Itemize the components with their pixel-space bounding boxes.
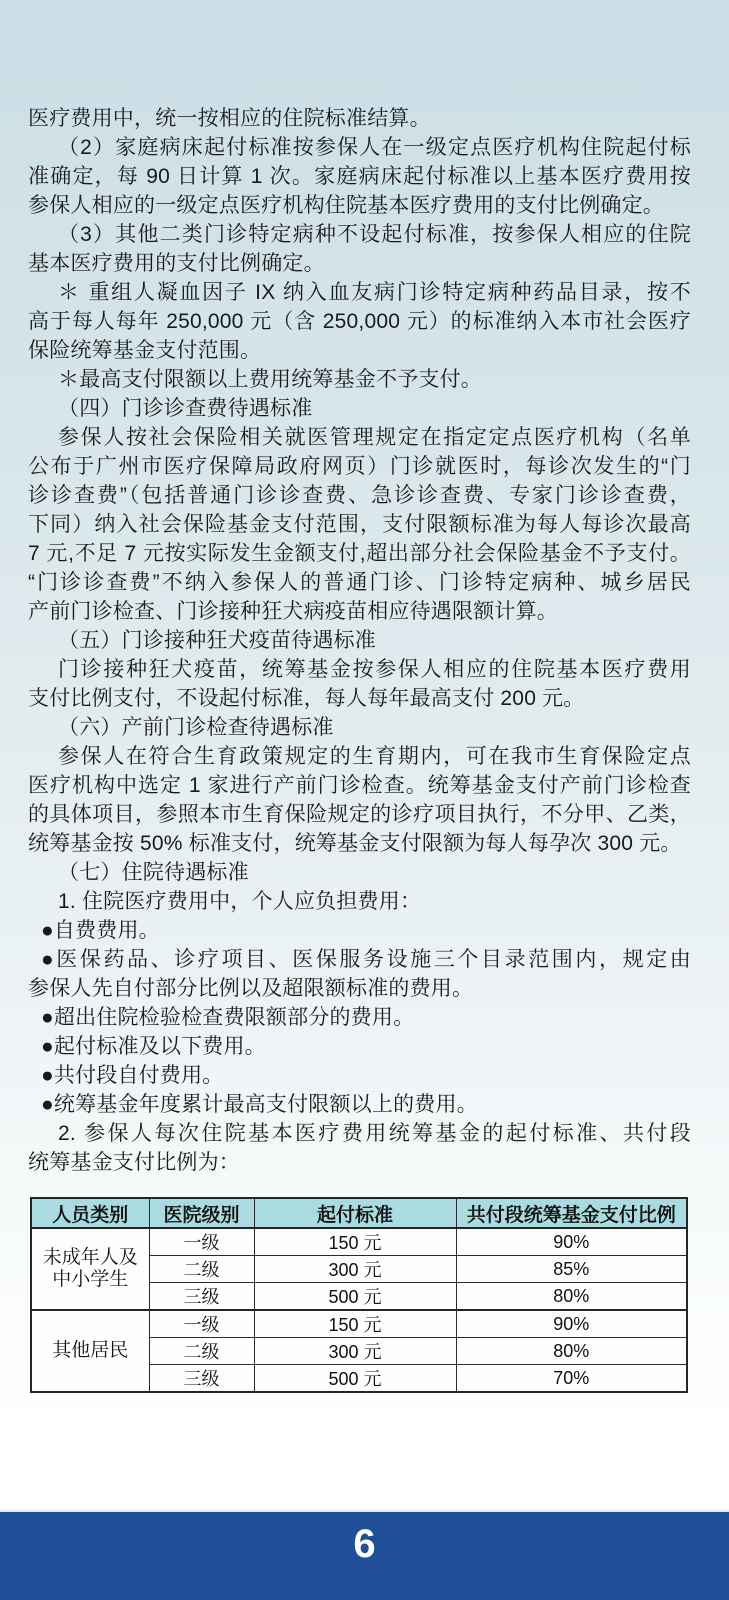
text-line: 医疗费用中，统一按相应的住院标准结算。 xyxy=(28,104,691,133)
hospital-level-cell: 二级 xyxy=(149,1338,254,1365)
deductible-cell: 300 元 xyxy=(254,1256,456,1283)
text-line: ●共付段自付费用。 xyxy=(28,1061,691,1090)
deductible-cell: 500 元 xyxy=(254,1283,456,1311)
text-line: 7 元,不足 7 元按实际发生金额支付,超出部分社会保险基金不予支付。 xyxy=(28,539,691,568)
text-line: （五）门诊接种狂犬疫苗待遇标准 xyxy=(28,626,691,655)
pay-ratio-cell: 90% xyxy=(456,1310,687,1338)
pay-ratio-cell: 85% xyxy=(456,1256,687,1283)
text-line: 公布于广州市医疗保障局政府网页）门诊就医时，每诊次发生的“门 xyxy=(28,452,691,481)
text-line: 支付比例支付，不设起付标准，每人每年最高支付 200 元。 xyxy=(28,684,691,713)
text-line: 2. 参保人每次住院基本医疗费用统筹基金的起付标准、共付段 xyxy=(28,1119,691,1148)
text-line: 的具体项目，参照本市生育保险规定的诊疗项目执行，不分甲、乙类， xyxy=(28,800,691,829)
text-line: 参保人按社会保险相关就医管理规定在指定定点医疗机构（名单 xyxy=(28,423,691,452)
page-number: 6 xyxy=(0,1522,729,1566)
text-line: 统筹基金支付比例为： xyxy=(28,1148,691,1177)
text-line: ●自费费用。 xyxy=(28,916,691,945)
text-line: 门诊接种狂犬疫苗，统筹基金按参保人相应的住院基本医疗费用 xyxy=(28,655,691,684)
text-line: ●起付标准及以下费用。 xyxy=(28,1032,691,1061)
table-column-header: 起付标准 xyxy=(254,1198,456,1228)
text-line: 产前门诊检查、门诊接种狂犬病疫苗相应待遇限额计算。 xyxy=(28,597,691,626)
text-line: 下同）纳入社会保险基金支付范围，支付限额标准为每人每诊次最高 xyxy=(28,510,691,539)
document-body: 医疗费用中，统一按相应的住院标准结算。（2）家庭病床起付标准按参保人在一级定点医… xyxy=(28,104,691,1177)
table-row: 未成年人及中小学生一级150 元90% xyxy=(31,1228,687,1256)
hospital-level-cell: 三级 xyxy=(149,1365,254,1393)
text-line: 基本医疗费用的支付比例确定。 xyxy=(28,249,691,278)
pay-ratio-cell: 80% xyxy=(456,1338,687,1365)
text-line: 参保人先自付部分比例以及超限额标准的费用。 xyxy=(28,974,691,1003)
text-line: ＊最高支付限额以上费用统筹基金不予支付。 xyxy=(28,365,691,394)
text-line: （3）其他二类门诊特定病种不设起付标准，按参保人相应的住院 xyxy=(28,220,691,249)
text-line: 统筹基金按 50% 标准支付，统筹基金支付限额为每人每孕次 300 元。 xyxy=(28,829,691,858)
text-line: 保险统筹基金支付范围。 xyxy=(28,336,691,365)
table-row: 其他居民一级150 元90% xyxy=(31,1310,687,1338)
text-line: 诊诊查费”（包括普通门诊诊查费、急诊诊查费、专家门诊诊查费， xyxy=(28,481,691,510)
text-line: 高于每人每年 250,000 元（含 250,000 元）的标准纳入本市社会医疗 xyxy=(28,307,691,336)
person-category-cell: 其他居民 xyxy=(31,1310,149,1392)
text-line: 参保人相应的一级定点医疗机构住院基本医疗费用的支付比例确定。 xyxy=(28,191,691,220)
text-line: ＊ 重组人凝血因子 IX 纳入血友病门诊特定病种药品目录，按不 xyxy=(28,278,691,307)
hospitalization-benefits-table: 人员类别医院级别起付标准共付段统筹基金支付比例 未成年人及中小学生一级150 元… xyxy=(30,1197,688,1393)
text-line: 医疗机构中选定 1 家进行产前门诊检查。统筹基金支付产前门诊检查 xyxy=(28,771,691,800)
hospital-level-cell: 一级 xyxy=(149,1310,254,1338)
text-line: 参保人在符合生育政策规定的生育期内，可在我市生育保险定点 xyxy=(28,742,691,771)
deductible-cell: 150 元 xyxy=(254,1310,456,1338)
table-column-header: 医院级别 xyxy=(149,1198,254,1228)
pay-ratio-cell: 80% xyxy=(456,1283,687,1311)
pay-ratio-cell: 70% xyxy=(456,1365,687,1393)
person-category-cell: 未成年人及中小学生 xyxy=(31,1228,149,1310)
text-line: 1. 住院医疗费用中，个人应负担费用： xyxy=(28,887,691,916)
footer-band: 6 xyxy=(0,1510,729,1600)
hospital-level-cell: 三级 xyxy=(149,1283,254,1311)
hospital-level-cell: 二级 xyxy=(149,1256,254,1283)
booklet-page: 医疗费用中，统一按相应的住院标准结算。（2）家庭病床起付标准按参保人在一级定点医… xyxy=(0,0,729,1600)
text-line: （七）住院待遇标准 xyxy=(28,858,691,887)
text-line: ●超出住院检验检查费限额部分的费用。 xyxy=(28,1003,691,1032)
table-column-header: 共付段统筹基金支付比例 xyxy=(456,1198,687,1228)
table-header-row: 人员类别医院级别起付标准共付段统筹基金支付比例 xyxy=(31,1198,687,1228)
deductible-cell: 300 元 xyxy=(254,1338,456,1365)
table-column-header: 人员类别 xyxy=(31,1198,149,1228)
text-line: ●统筹基金年度累计最高支付限额以上的费用。 xyxy=(28,1090,691,1119)
text-line: “门诊诊查费”不纳入参保人的普通门诊、门诊特定病种、城乡居民 xyxy=(28,568,691,597)
text-line: （六）产前门诊检查待遇标准 xyxy=(28,713,691,742)
deductible-cell: 150 元 xyxy=(254,1228,456,1256)
text-line: 准确定，每 90 日计算 1 次。家庭病床起付标准以上基本医疗费用按 xyxy=(28,162,691,191)
text-line: （四）门诊诊查费待遇标准 xyxy=(28,394,691,423)
pay-ratio-cell: 90% xyxy=(456,1228,687,1256)
text-line: ●医保药品、诊疗项目、医保服务设施三个目录范围内，规定由 xyxy=(28,945,691,974)
hospital-level-cell: 一级 xyxy=(149,1228,254,1256)
text-line: （2）家庭病床起付标准按参保人在一级定点医疗机构住院起付标 xyxy=(28,133,691,162)
deductible-cell: 500 元 xyxy=(254,1365,456,1393)
